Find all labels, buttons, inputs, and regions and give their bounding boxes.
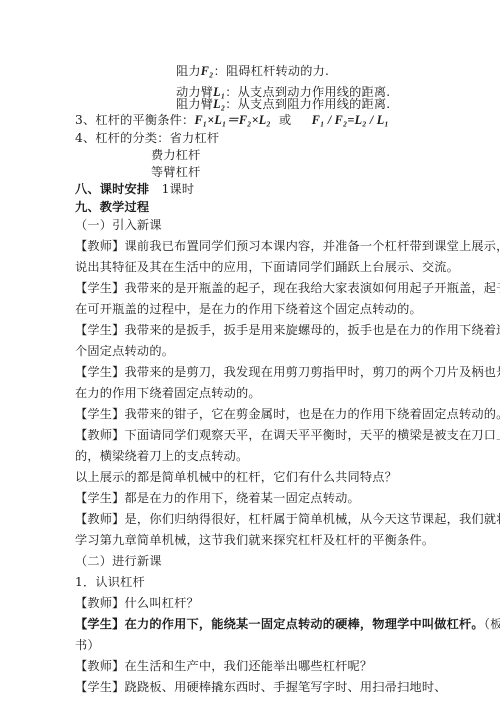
subsection-heading: 1．认识杠杆 [75, 574, 145, 590]
section-heading: 八、课时安排 [75, 182, 149, 196]
section-8: 八、课时安排 1课时 [75, 181, 194, 197]
classification-type: 等臂杠杆 [151, 164, 201, 180]
or-word: 或 [279, 113, 291, 127]
paragraph-line: 说出其特征及其在生活中的应用，下面请同学们踊跃上台展示、交流。 [75, 259, 459, 275]
definition-term: 阻力 [176, 64, 201, 78]
part-heading: （二）进行新课 [75, 553, 162, 569]
definition-resistance-arm-line: 阻力臂L₂：从支点到阻力作用线的距离. [176, 96, 390, 112]
board-note: （板 [484, 617, 500, 631]
definition-symbol: F₂ [201, 64, 214, 78]
definition-resistance-force: 阻力F₂：阻碍杠杆转动的力. [176, 63, 329, 79]
paragraph-line: 【教师】是，你们归纳得很好，杠杆属于简单机械，从今天这节课起，我们就将 [75, 511, 500, 527]
speaker-tag: 【学生】 [75, 617, 125, 631]
board-note-end: 书） [75, 637, 100, 653]
paragraph-line: 个固定点转动的。 [75, 343, 174, 359]
student-answer: 【学生】跷跷板、用硬棒撬东西时、手握笔写字时、用扫帚扫地时、 [75, 679, 447, 695]
definition-term: 阻力臂 [176, 97, 213, 111]
paragraph-line: 【学生】我带来的是剪刀，我发现在用剪刀剪指甲时，剪刀的两个刀片及柄也是 [75, 364, 500, 380]
paragraph-line: 在可开瓶盖的过程中，是在力的作用下绕着这个固定点转动的。 [75, 301, 422, 317]
definition-text: ：从支点到阻力作用线的距离. [225, 97, 390, 111]
part-heading: （一）引入新课 [75, 217, 162, 233]
definition-text: ：阻碍杠杆转动的力. [214, 64, 330, 78]
paragraph-line: 【学生】我带来的钳子，它在剪金属时，也是在力的作用下绕着固定点转动的。 [75, 406, 500, 422]
classification-type: 费力杠杆 [151, 147, 201, 163]
paragraph-line: 【学生】我带来的是开瓶盖的起子，现在我给大家表演如何用起子开瓶盖，起子 [75, 280, 500, 296]
paragraph-line: 以上展示的都是简单机械中的杠杆，它们有什么共同特点？ [75, 469, 397, 485]
student-definition: 【学生】在力的作用下，能绕某一固定点转动的硬棒，物理学中叫做杠杆。（板 [75, 616, 500, 632]
formula-ratio: F₁ / F₂=L₂ / L₁ [312, 113, 389, 127]
paragraph-line: 【学生】都是在力的作用下，绕着某一固定点转动。 [75, 490, 360, 506]
paragraph-line: 的，横梁绕着刀上的支点转动。 [75, 448, 248, 464]
paragraph-line: 在力的作用下绕着固定点转动的。 [75, 385, 261, 401]
document-page: 阻力F₂：阻碍杠杆转动的力. 动力臂L₁：从支点到动力作用线的距离. 阻力臂L₂… [0, 0, 500, 707]
teacher-question: 【教师】什么叫杠杆？ [75, 595, 199, 611]
formula-product: F₁×L₁＝F₂×L₂ [194, 113, 270, 127]
section-heading: 九、教学过程 [75, 199, 149, 215]
paragraph-line: 【教师】下面请同学们观察天平，在调天平平衡时，天平的横梁是被支在刀口上 [75, 427, 500, 443]
paragraph-line: 【教师】课前我已布置同学们预习本课内容，并准备一个杠杆带到课堂上展示， [75, 238, 500, 254]
lever-classification: 4、杠杆的分类：省力杠杆 [75, 130, 219, 146]
definition-symbol: L₂ [213, 97, 225, 111]
paragraph-line: 【学生】我带来的是扳手，扳手是用来旋螺母的，扳手也是在力的作用下绕着这 [75, 322, 500, 338]
paragraph-line: 学习第九章简单机械，这节我们就来探究杠杆及杠杆的平衡条件。 [75, 532, 434, 548]
teacher-question: 【教师】在生活和生产中，我们还能举出哪些杠杆呢？ [75, 658, 372, 674]
classification-label: 4、杠杆的分类： [75, 131, 170, 145]
balance-condition-label: 3、杠杆的平衡条件： [75, 113, 194, 127]
section-value: 1课时 [162, 182, 195, 196]
classification-type: 省力杠杆 [170, 131, 220, 145]
lever-definition-text: 在力的作用下，能绕某一固定点转动的硬棒，物理学中叫做杠杆。 [125, 617, 484, 631]
balance-condition: 3、杠杆的平衡条件：F₁×L₁＝F₂×L₂ 或 F₁ / F₂=L₂ / L₁ [75, 112, 389, 128]
